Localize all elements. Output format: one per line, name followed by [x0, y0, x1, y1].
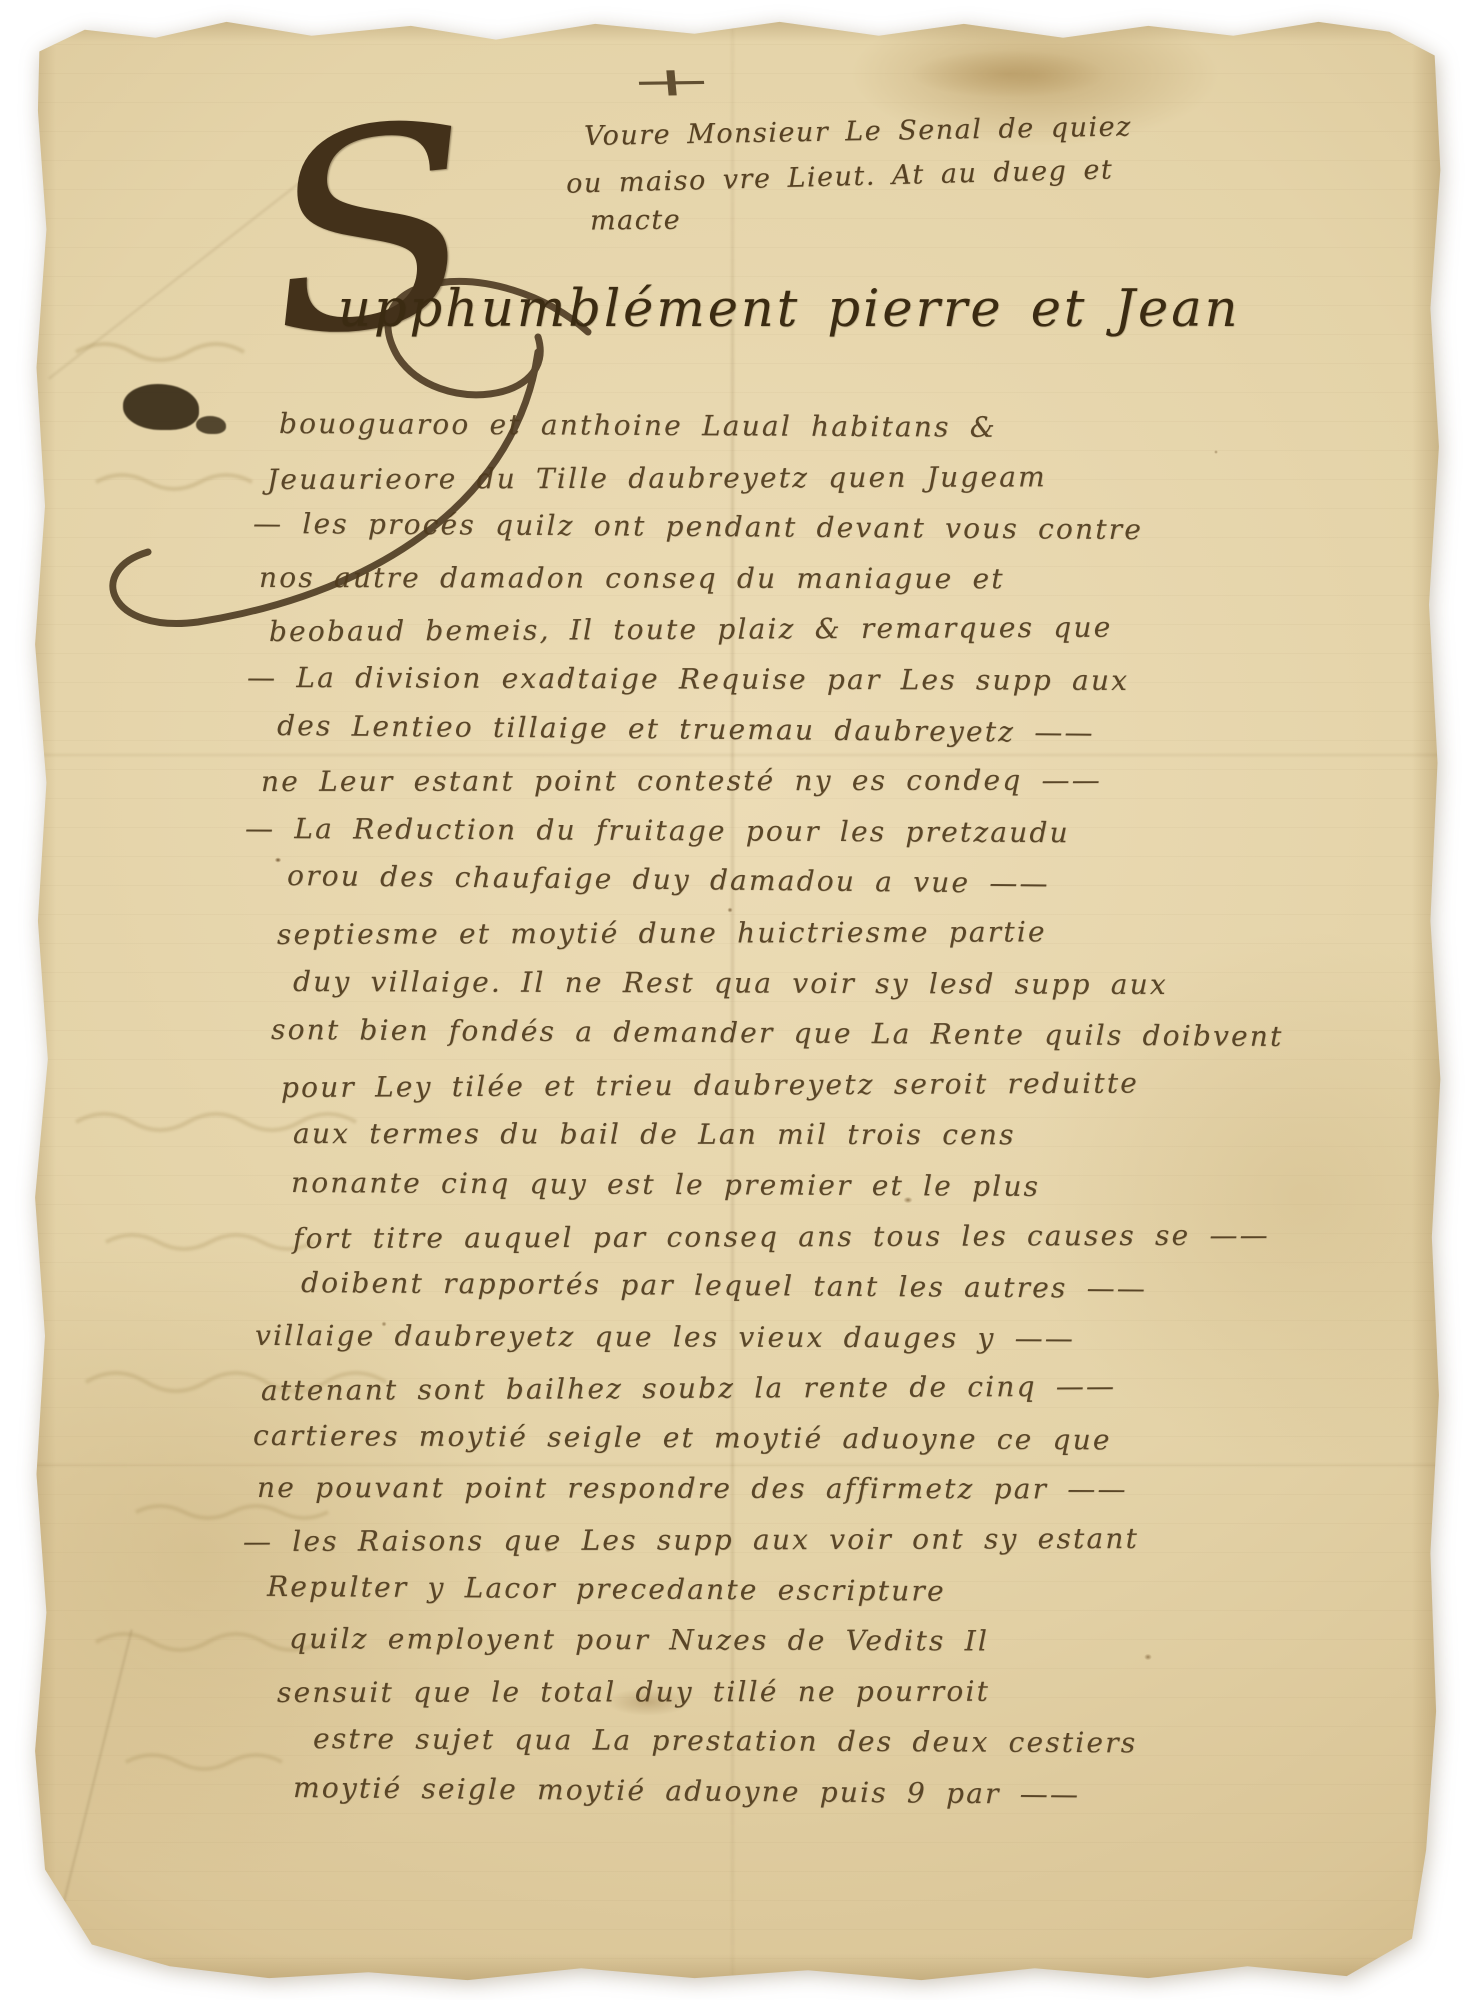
ink-blot	[196, 416, 226, 434]
scanned-manuscript-screenshot: { "document": { "kind": "handwritten man…	[0, 0, 1473, 2000]
manuscript-line: beobaud bemeis, Il toute plaiz & remarqu…	[269, 609, 1433, 666]
manuscript-line: sensuit que le total duy tillé ne pourro…	[277, 1674, 1433, 1727]
manuscript-line: aux termes du bail de Lan mil trois cens	[293, 1117, 1433, 1170]
paper-sheet: + Voure Monsieur Le Senal de quiez ou ma…	[28, 12, 1446, 1988]
paper-shadow-wrapper: + Voure Monsieur Le Senal de quiez ou ma…	[28, 12, 1446, 1988]
manuscript-line: orou des chaufaige duy damadou a vue ——	[287, 859, 1433, 922]
manuscript-line: moytié seigle moytié aduoyne puis 9 par …	[293, 1771, 1433, 1832]
manuscript-line: ne Leur estant point contesté ny es cond…	[261, 763, 1433, 816]
manuscript-line: quilz employent pour Nuzes de Vedits Il	[289, 1622, 1433, 1677]
manuscript-line: duy villaige. Il ne Rest qua voir sy les…	[293, 965, 1433, 1020]
manuscript-line: Repulter y Lacor precedante escripture	[267, 1570, 1433, 1629]
manuscript-line: — les procés quilz ont pendant devant vo…	[253, 507, 1433, 566]
manuscript-line: doibent rapportés par lequel tant les au…	[301, 1266, 1433, 1324]
invocation-cross-mark: +	[626, 59, 717, 106]
manuscript-line: pour Ley tilée et trieu daubreyetz seroi…	[281, 1065, 1433, 1122]
manuscript-line: bouoguaroo et anthoine Laual habitans &	[279, 407, 1433, 464]
body-text-block: bouoguaroo et anthoine Laual habitans & …	[253, 410, 1433, 1827]
manuscript-line: Jeuaurieore du Tille daubreyetz quen Jug…	[267, 459, 1433, 514]
manuscript-line: fort titre auquel par conseq ans tous le…	[293, 1218, 1433, 1273]
manuscript-line: septiesme et moytié dune huictriesme par…	[277, 914, 1433, 969]
manuscript-line: cartieres moytié seigle et moytié aduoyn…	[253, 1419, 1433, 1476]
manuscript-line: estre sujet qua La prestation des deux c…	[313, 1723, 1433, 1779]
heading-text: upphumblément pierre et Jean	[338, 280, 1240, 339]
manuscript-line: — La division exadtaige Requise par Les …	[247, 661, 1433, 716]
manuscript-line: — les Raisons que Les supp aux voir ont …	[243, 1521, 1433, 1576]
manuscript-line: nonante cinq quy est le premier et le pl…	[291, 1166, 1433, 1223]
corner-crease	[41, 1629, 132, 1988]
manuscript-line: ne pouvant point respondre des affirmetz…	[257, 1471, 1433, 1524]
manuscript-line: des Lentieo tillaige et truemau daubreye…	[277, 709, 1433, 770]
manuscript-line: villaige daubreyetz que les vieux dauges…	[255, 1319, 1433, 1374]
manuscript-line: attenant sont bailhez soubz la rente de …	[261, 1368, 1433, 1425]
manuscript-line: sont bien fondés a demander que La Rente…	[271, 1013, 1433, 1072]
ink-blot	[123, 384, 199, 430]
manuscript-line: nos autre damadon conseq du maniague et	[259, 561, 1433, 614]
